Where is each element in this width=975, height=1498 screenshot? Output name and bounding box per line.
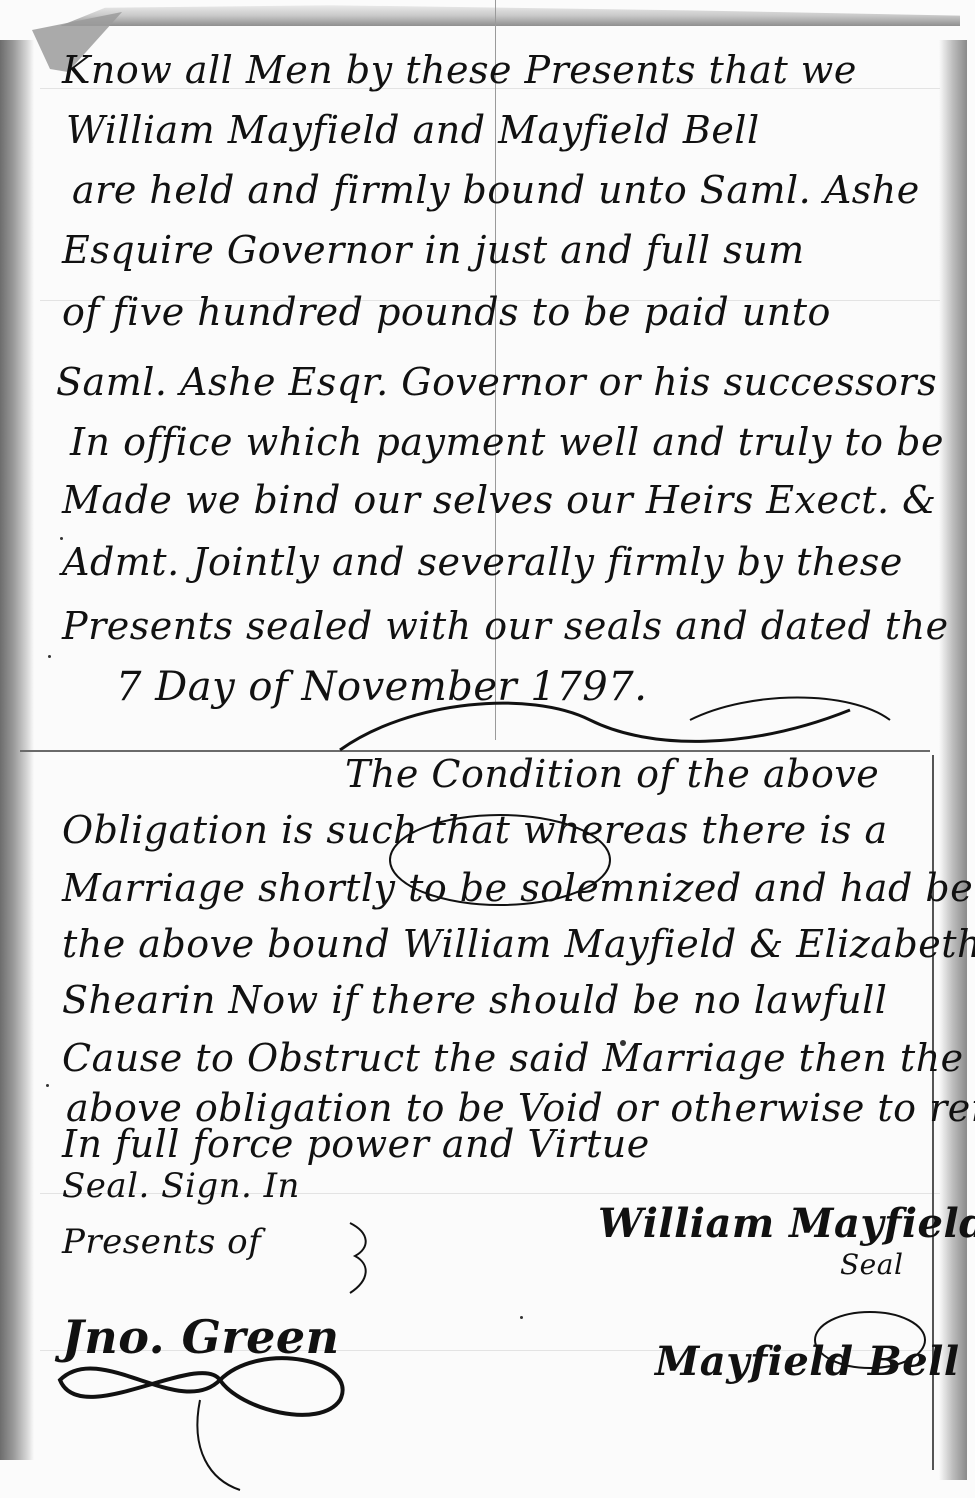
scan-speck bbox=[620, 1040, 626, 1046]
bond-line-10: Presents sealed with our seals and dated… bbox=[62, 604, 949, 648]
scan-speck bbox=[520, 1316, 523, 1319]
witness-signature-flourish bbox=[40, 1340, 400, 1498]
bond-line-3: are held and firmly bound unto Saml. Ash… bbox=[72, 168, 920, 212]
principal-seal-mark: Seal bbox=[840, 1248, 903, 1281]
condition-line-4: Shearin Now if there should be no lawful… bbox=[62, 978, 887, 1022]
bond-line-9: Admt. Jointly and severally firmly by th… bbox=[62, 540, 903, 584]
bond-line-7: In office which payment well and truly t… bbox=[70, 420, 944, 464]
condition-line-7: In full force power and Virtue bbox=[62, 1122, 650, 1166]
bond-line-8: Made we bind our selves our Heirs Exect.… bbox=[62, 478, 937, 522]
brace-flourish bbox=[340, 1218, 380, 1298]
scan-speck bbox=[48, 655, 51, 658]
page-right-shadow bbox=[939, 40, 967, 1480]
page-top-edge bbox=[60, 0, 960, 26]
attestation-line-2: Presents of bbox=[62, 1222, 261, 1262]
bond-line-5: of five hundred pounds to be paid unto bbox=[62, 290, 831, 334]
bond-line-1: Know all Men by these Presents that we bbox=[62, 48, 857, 92]
attestation-line-1: Seal. Sign. In bbox=[62, 1166, 300, 1206]
principal-signature: William Mayfield bbox=[598, 1200, 975, 1247]
surety-seal-flourish bbox=[810, 1305, 930, 1375]
scan-speck bbox=[60, 537, 63, 540]
condition-line-3: the above bound William Mayfield & Eliza… bbox=[62, 922, 975, 966]
bond-line-6: Saml. Ashe Esqr. Governor or his success… bbox=[56, 360, 937, 404]
bond-line-2: William Mayfield and Mayfield Bell bbox=[66, 108, 760, 152]
condition-line-5: Cause to Obstruct the said Marriage then… bbox=[62, 1036, 964, 1080]
document-page: Know all Men by these Presents that we W… bbox=[0, 0, 975, 1498]
condition-line-2: Marriage shortly to be solemnized and ha… bbox=[62, 866, 975, 910]
scan-speck bbox=[46, 1084, 49, 1087]
bond-line-4: Esquire Governor in just and full sum bbox=[62, 228, 805, 272]
condition-line-1: Obligation is such that whereas there is… bbox=[62, 808, 888, 852]
